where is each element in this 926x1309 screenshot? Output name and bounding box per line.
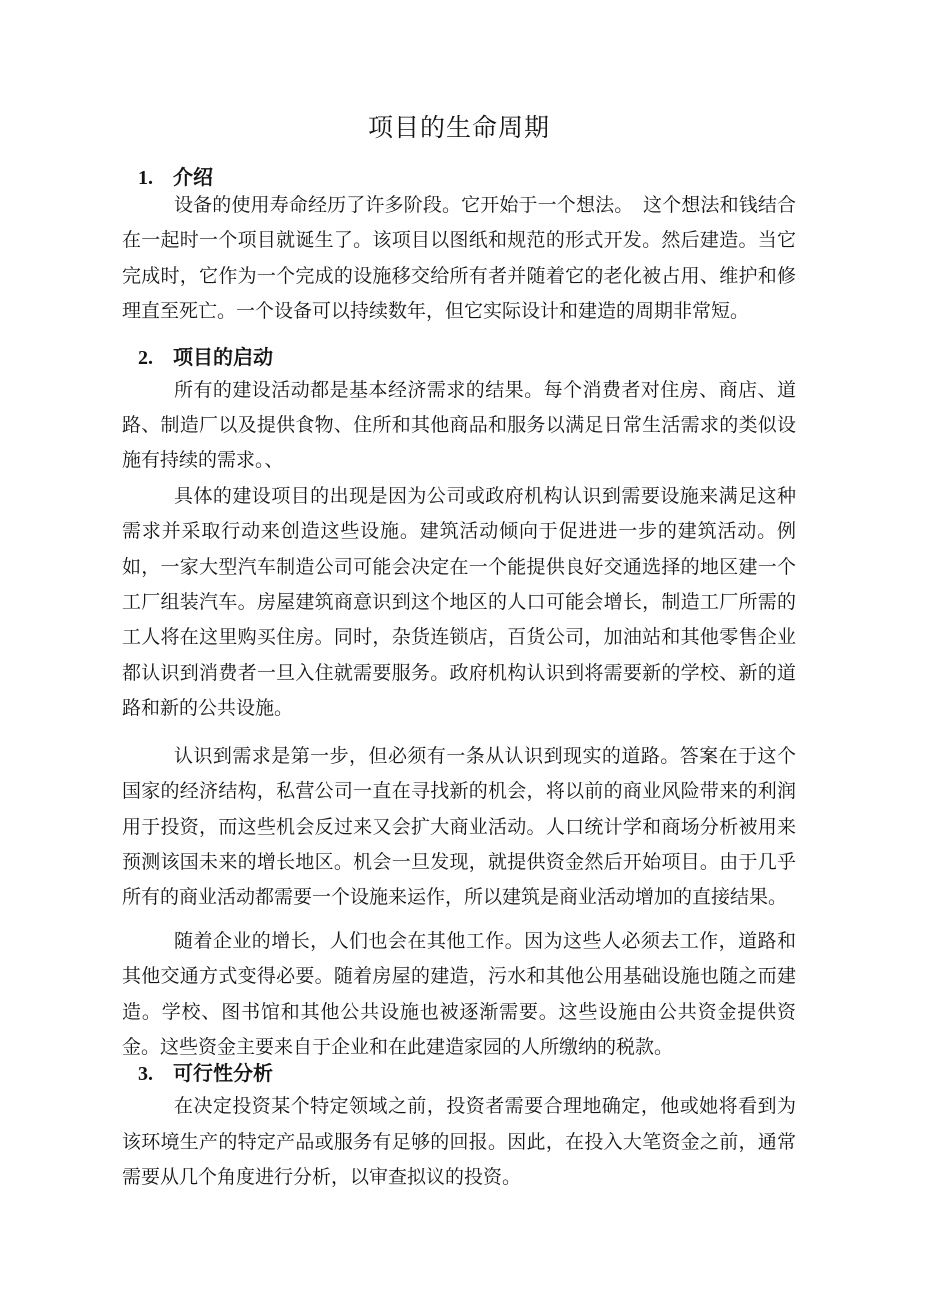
document-title: 项目的生命周期 bbox=[122, 108, 796, 150]
document-page: 项目的生命周期 1.介绍 设备的使用寿命经历了许多阶段。它开始于一个想法。 这个… bbox=[0, 0, 926, 1309]
section-3-title: 可行性分析 bbox=[173, 1063, 273, 1085]
section-2-number: 2. bbox=[138, 343, 173, 373]
section-1-paragraph-1: 设备的使用寿命经历了许多阶段。它开始于一个想法。 这个想法和钱结合在一起时一个项… bbox=[122, 188, 796, 330]
section-2-heading: 2.项目的启动 bbox=[138, 343, 796, 373]
section-2-paragraph-1: 所有的建设活动都是基本经济需求的结果。每个消费者对住房、商店、道路、制造厂以及提… bbox=[122, 373, 796, 479]
section-2-paragraph-4: 随着企业的增长，人们也会在其他工作。因为这些人必须去工作，道路和其他交通方式变得… bbox=[122, 924, 796, 1066]
section-2-paragraph-2: 具体的建设项目的出现是因为公司或政府机构认识到需要设施来满足这种需求并采取行动来… bbox=[122, 479, 796, 727]
section-2-paragraph-3: 认识到需求是第一步，但必须有一条从认识到现实的道路。答案在于这个国家的经济结构，… bbox=[122, 739, 796, 916]
section-3-paragraph-1: 在决定投资某个特定领域之前，投资者需要合理地确定，他或她将看到为该环境生产的特定… bbox=[122, 1089, 796, 1195]
section-1-number: 1. bbox=[138, 163, 173, 193]
section-3-number: 3. bbox=[138, 1059, 173, 1089]
section-1-title: 介绍 bbox=[173, 167, 213, 189]
document-content: 项目的生命周期 1.介绍 设备的使用寿命经历了许多阶段。它开始于一个想法。 这个… bbox=[122, 108, 796, 1196]
section-2-title: 项目的启动 bbox=[173, 347, 273, 369]
